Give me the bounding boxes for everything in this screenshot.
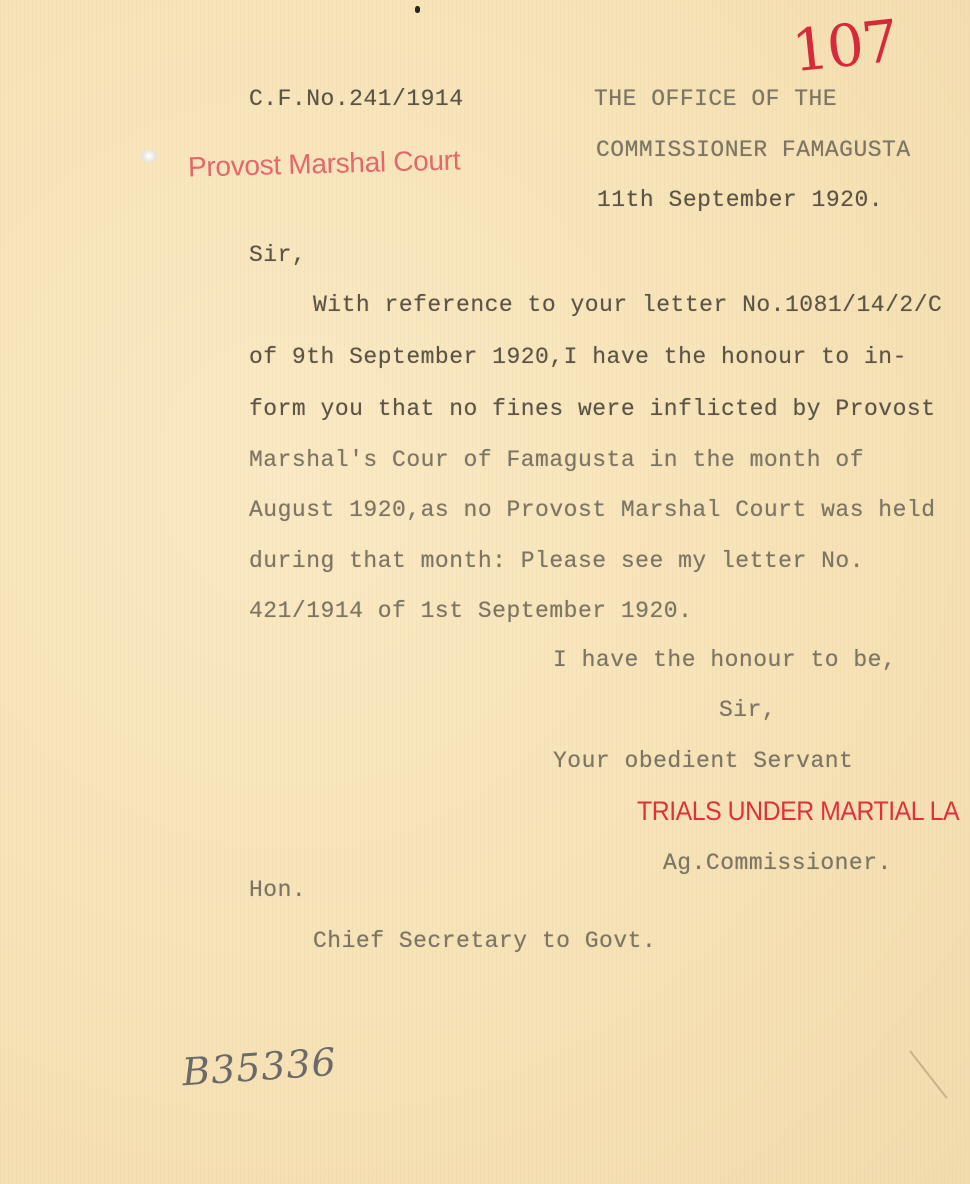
addressee-title: Chief Secretary to Govt. <box>313 928 656 954</box>
letterhead-line-2: COMMISSIONER FAMAGUSTA <box>596 137 911 163</box>
reference-number: C.F.No.241/1914 <box>249 86 464 112</box>
closing-line-3: Your obedient Servant <box>553 748 853 774</box>
addressee-honorific: Hon. <box>249 877 306 903</box>
folio-number: 107 <box>789 7 900 86</box>
stamp-trials-under-martial-law: TRIALS UNDER MARTIAL LA <box>637 796 959 827</box>
body-line-6: during that month: Please see my letter … <box>249 548 864 574</box>
closing-line-1: I have the honour to be, <box>553 647 896 673</box>
body-line-5: August 1920,as no Provost Marshal Court … <box>249 497 936 523</box>
body-line-7: 421/1914 of 1st September 1920. <box>249 598 692 624</box>
body-line-4: Marshal's Cour of Famagusta in the month… <box>249 447 864 473</box>
salutation: Sir, <box>249 242 306 268</box>
closing-line-2: Sir, <box>719 697 776 723</box>
letterhead-line-1: THE OFFICE OF THE <box>594 86 837 112</box>
body-line-2: of 9th September 1920,I have the honour … <box>249 344 907 370</box>
signature-title: Ag.Commissioner. <box>663 850 892 876</box>
body-line-3: form you that no fines were inflicted by… <box>249 396 936 422</box>
punch-hole <box>140 150 158 162</box>
paper-background <box>0 0 970 1184</box>
letter-date: 11th September 1920. <box>597 187 883 213</box>
body-line-1: With reference to your letter No.1081/14… <box>313 292 942 318</box>
ink-spot <box>415 6 420 13</box>
